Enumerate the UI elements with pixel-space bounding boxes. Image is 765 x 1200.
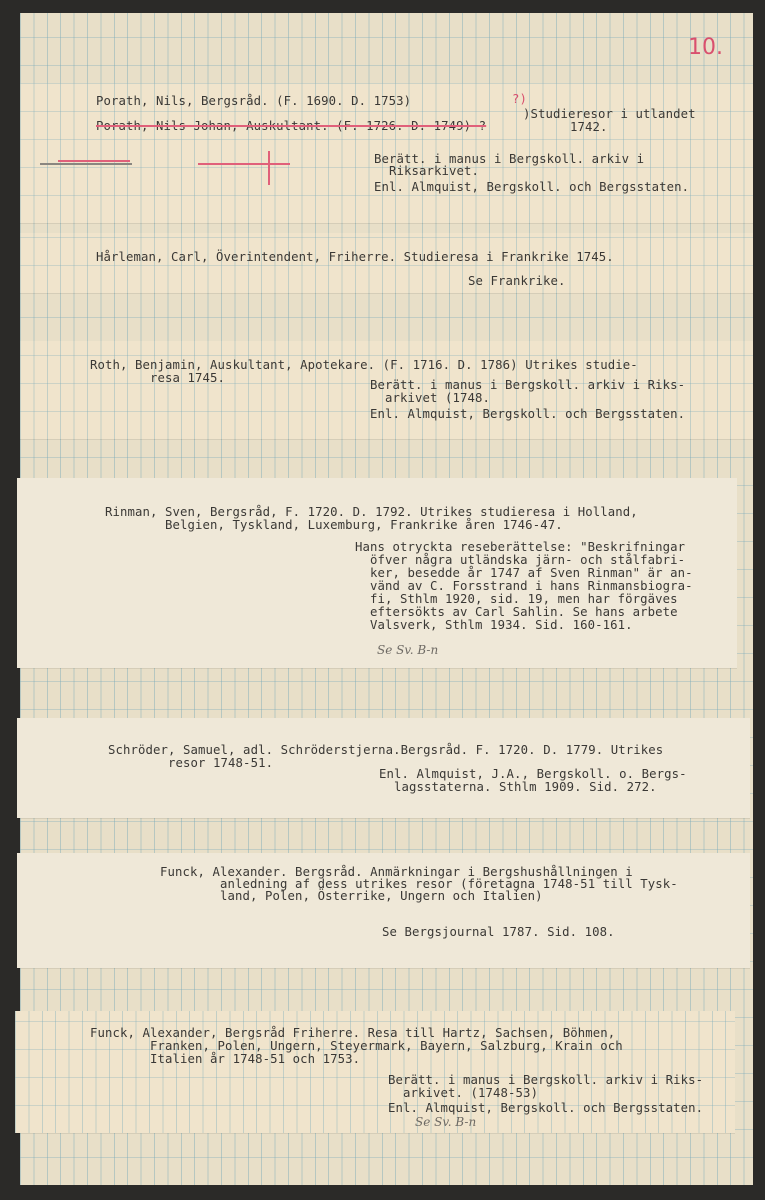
card-schroder: Schröder, Samuel, adl. Schröderstjerna.B…	[17, 718, 750, 818]
card-heading-line: resa 1745.	[90, 372, 225, 385]
card-rinman: Rinman, Sven, Bergsråd, F. 1720. D. 1792…	[17, 478, 737, 668]
bracket-mark: ?)	[512, 93, 527, 106]
ref-line: Riksarkivet.	[374, 165, 479, 178]
index-card-sheet: 10. Porath, Nils, Bergsråd. (F. 1690. D.…	[20, 13, 753, 1185]
ref-line: Enl. Almquist, Bergskoll. och Bergsstate…	[388, 1102, 703, 1115]
card-heading-line: Porath, Nils, Bergsråd. (F. 1690. D. 175…	[96, 95, 411, 108]
card-heading-line: Funck, Alexander, Bergsråd Friherre. Res…	[90, 1027, 615, 1040]
ref-line: Valsverk, Sthlm 1934. Sid. 160-161.	[355, 619, 633, 632]
red-crayon-scribble	[198, 163, 290, 165]
card-heading-line: Schröder, Samuel, adl. Schröderstjerna.B…	[108, 744, 663, 757]
ref-line: arkivet (1748.	[370, 392, 490, 405]
card-heading-line: Franken, Polen, Ungern, Steyermark, Baye…	[90, 1040, 623, 1053]
ref-line: Enl. Almquist, Bergskoll. och Bergsstate…	[374, 181, 689, 194]
card-porath: Porath, Nils, Bergsråd. (F. 1690. D. 175…	[20, 83, 753, 223]
ref-line: arkivet. (1748-53)	[388, 1087, 538, 1100]
card-heading-line: resor 1748-51.	[108, 757, 273, 770]
ref-line: Enl. Almquist, J.A., Bergskoll. o. Bergs…	[379, 768, 687, 781]
ref-line: Se Bergsjournal 1787. Sid. 108.	[382, 926, 615, 939]
red-crayon-scribble	[268, 151, 270, 185]
card-heading-line: Italien år 1748-51 och 1753.	[90, 1053, 360, 1066]
ref-line: Hans otryckta reseberättelse: "Beskrifni…	[355, 541, 685, 554]
bracket-note: )Studieresor i utlandet	[523, 108, 696, 121]
page-number: 10.	[688, 35, 723, 60]
card-heading-line-struck: Porath, Nils Johan, Auskultant. (F. 1726…	[96, 120, 486, 133]
ref-line: öfver några utländska järn- och stålfabr…	[355, 554, 685, 567]
pencil-scribble	[40, 163, 132, 165]
ref-line: vänd av C. Forsstrand i hans Rinmansbiog…	[355, 580, 693, 593]
card-heading-line: land, Polen, Österrike, Ungern och Itali…	[160, 890, 543, 903]
handwritten-note: Se Sv. B-n	[415, 1115, 476, 1129]
ref-line: Berätt. i manus i Bergskoll. arkiv i Rik…	[370, 379, 685, 392]
red-crayon-scribble	[58, 160, 130, 162]
ref-line: Berätt. i manus i Bergskoll. arkiv i Rik…	[388, 1074, 703, 1087]
card-funck-1: Funck, Alexander. Bergsråd. Anmärkningar…	[17, 853, 750, 968]
ref-line: fi, Sthlm 1920, sid. 19, men har förgäve…	[355, 593, 678, 606]
card-funck-2: Funck, Alexander, Bergsråd Friherre. Res…	[15, 1011, 735, 1133]
card-harleman: Hårleman, Carl, Överintendent, Friherre.…	[20, 233, 753, 293]
card-heading-line: Rinman, Sven, Bergsråd, F. 1720. D. 1792…	[105, 506, 638, 519]
ref-line: lagsstaterna. Sthlm 1909. Sid. 272.	[379, 781, 657, 794]
card-heading-line: Hårleman, Carl, Överintendent, Friherre.…	[96, 251, 614, 264]
ref-line: ker, besedde år 1747 af Sven Rinman" är …	[355, 567, 693, 580]
handwritten-note: Se Sv. B-n	[377, 643, 438, 657]
card-roth: Roth, Benjamin, Auskultant, Apotekare. (…	[20, 341, 753, 439]
ref-line: Se Frankrike.	[468, 275, 566, 288]
card-heading-line: Belgien, Tyskland, Luxemburg, Frankrike …	[105, 519, 563, 532]
card-heading-line: Roth, Benjamin, Auskultant, Apotekare. (…	[90, 359, 638, 372]
ref-line: Enl. Almquist, Bergskoll. och Bergsstate…	[370, 408, 685, 421]
bracket-note-year: 1742.	[570, 121, 608, 134]
ref-line: eftersökts av Carl Sahlin. Se hans arbet…	[355, 606, 678, 619]
